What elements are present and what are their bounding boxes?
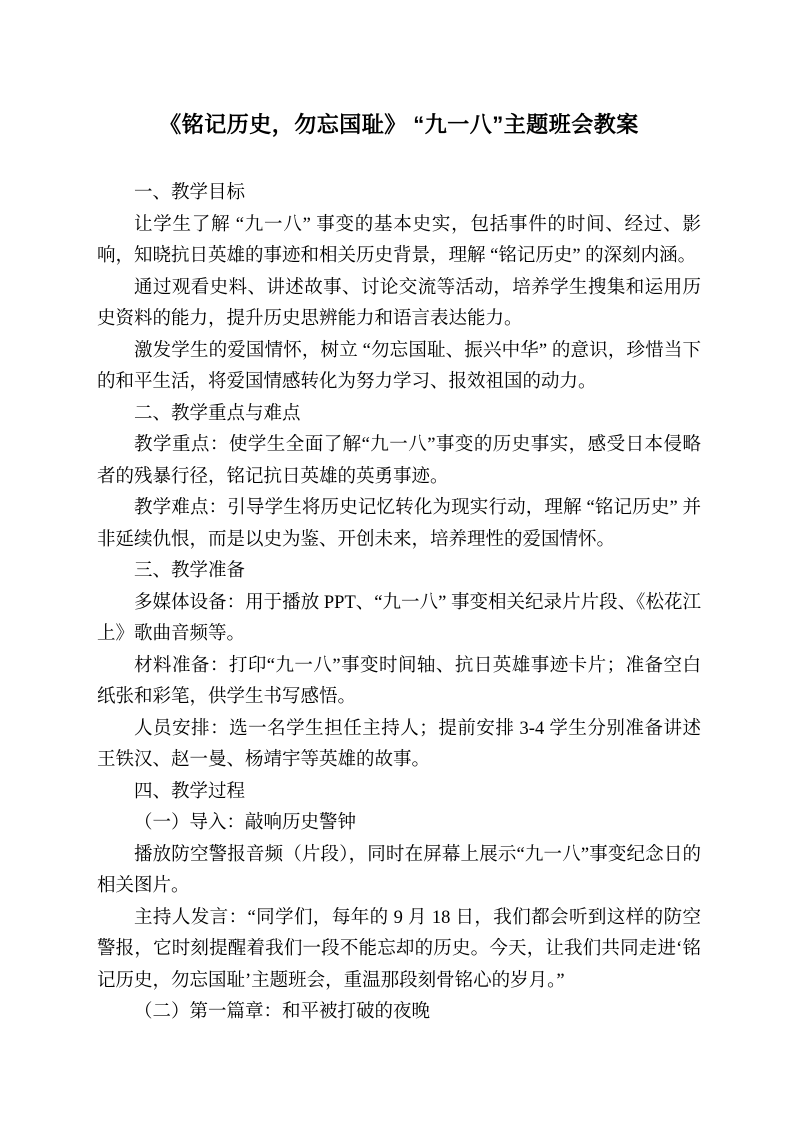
paragraph-personnel: 人员安排：选一名学生担任主持人；提前安排 3-4 学生分别准备讲述王铁汉、赵一曼… (97, 714, 701, 777)
paragraph-goal-3: 激发学生的爱国情怀，树立 “勿忘国耻、振兴中华” 的意识，珍惜当下的和平生活，将… (97, 336, 701, 399)
paragraph-goal-1: 让学生了解 “九一八” 事变的基本史实，包括事件的时间、经过、影响，知晓抗日英雄… (97, 210, 701, 273)
heading-section-1-intro: （一）导入：敲响历史警钟 (97, 808, 701, 840)
heading-teaching-process: 四、教学过程 (97, 777, 701, 809)
paragraph-key-point: 教学重点：使学生全面了解“九一八”事变的历史事实，感受日本侵略者的残暴行径，铭记… (97, 430, 701, 493)
paragraph-difficult-point: 教学难点：引导学生将历史记忆转化为现实行动，理解 “铭记历史” 并非延续仇恨，而… (97, 493, 701, 556)
heading-preparation: 三、教学准备 (97, 556, 701, 588)
paragraph-host-speech: 主持人发言：“同学们，每年的 9 月 18 日，我们都会听到这样的防空警报，它时… (97, 903, 701, 998)
document-page: 《铭记历史，勿忘国耻》 “九一八”主题班会教案 一、教学目标 让学生了解 “九一… (0, 0, 793, 1122)
paragraph-materials: 材料准备：打印“九一八”事变时间轴、抗日英雄事迹卡片；准备空白纸张和彩笔，供学生… (97, 651, 701, 714)
heading-key-difficult-points: 二、教学重点与难点 (97, 399, 701, 431)
heading-section-2-chapter-1: （二）第一篇章：和平被打破的夜晚 (97, 997, 701, 1029)
paragraph-siren-intro: 播放防空警报音频（片段），同时在屏幕上展示“九一八”事变纪念日的相关图片。 (97, 840, 701, 903)
paragraph-multimedia: 多媒体设备：用于播放 PPT、“九一八” 事变相关纪录片片段、《松花江上》歌曲音… (97, 588, 701, 651)
heading-teaching-goals: 一、教学目标 (97, 178, 701, 210)
document-title: 《铭记历史，勿忘国耻》 “九一八”主题班会教案 (97, 108, 701, 142)
paragraph-goal-2: 通过观看史料、讲述故事、讨论交流等活动，培养学生搜集和运用历史资料的能力，提升历… (97, 273, 701, 336)
